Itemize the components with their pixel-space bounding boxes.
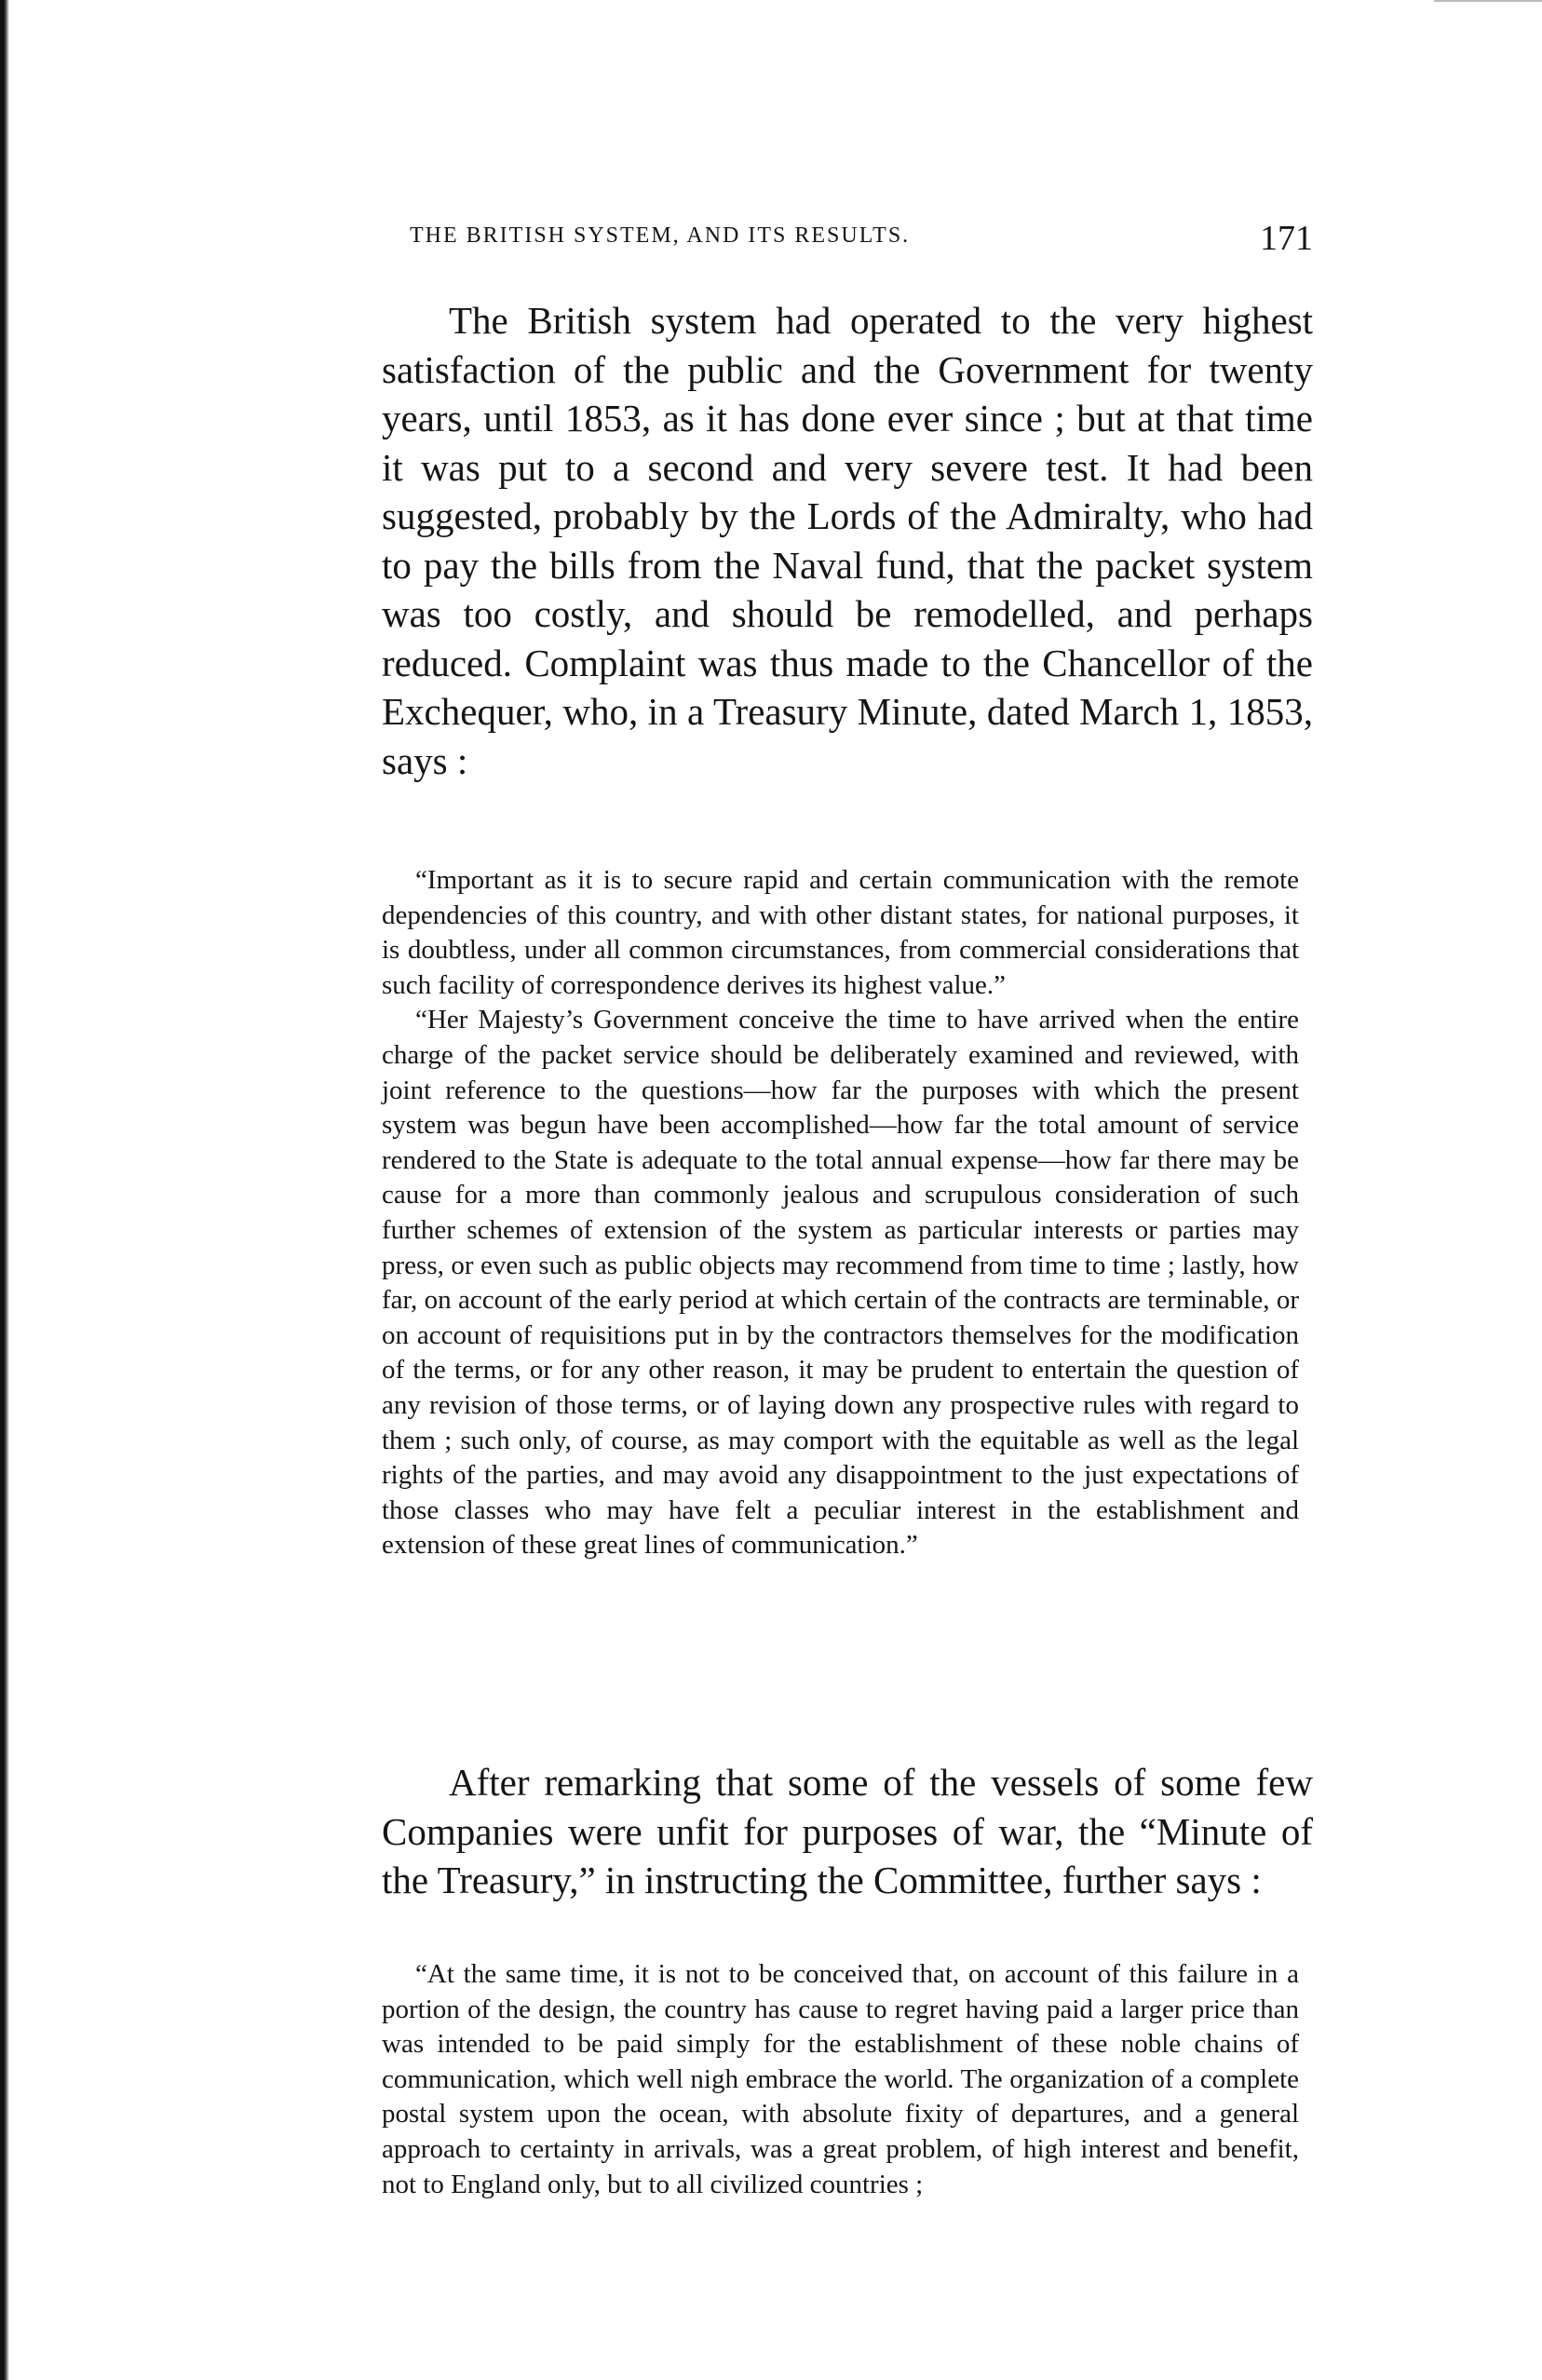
scan-edge-rule	[1434, 0, 1542, 2]
quote-paragraph: “Her Majesty’s Government conceive the t…	[382, 1003, 1299, 1563]
page-number: 171	[1260, 218, 1313, 259]
quote-paragraph: “Important as it is to secure rapid and …	[382, 863, 1299, 1003]
quote-paragraph: “At the same time, it is not to be conce…	[382, 1957, 1299, 2202]
body-paragraph-1: The British system had operated to the v…	[382, 296, 1313, 785]
body-paragraph-2: After remarking that some of the vessels…	[382, 1758, 1313, 1905]
block-quote-2: “At the same time, it is not to be conce…	[382, 1957, 1299, 2202]
running-head-title: THE BRITISH SYSTEM, AND ITS RESULTS.	[410, 223, 910, 249]
book-spine-shadow	[0, 0, 9, 2380]
block-quote-1: “Important as it is to secure rapid and …	[382, 863, 1299, 1563]
running-head: THE BRITISH SYSTEM, AND ITS RESULTS. 171	[382, 223, 1313, 261]
